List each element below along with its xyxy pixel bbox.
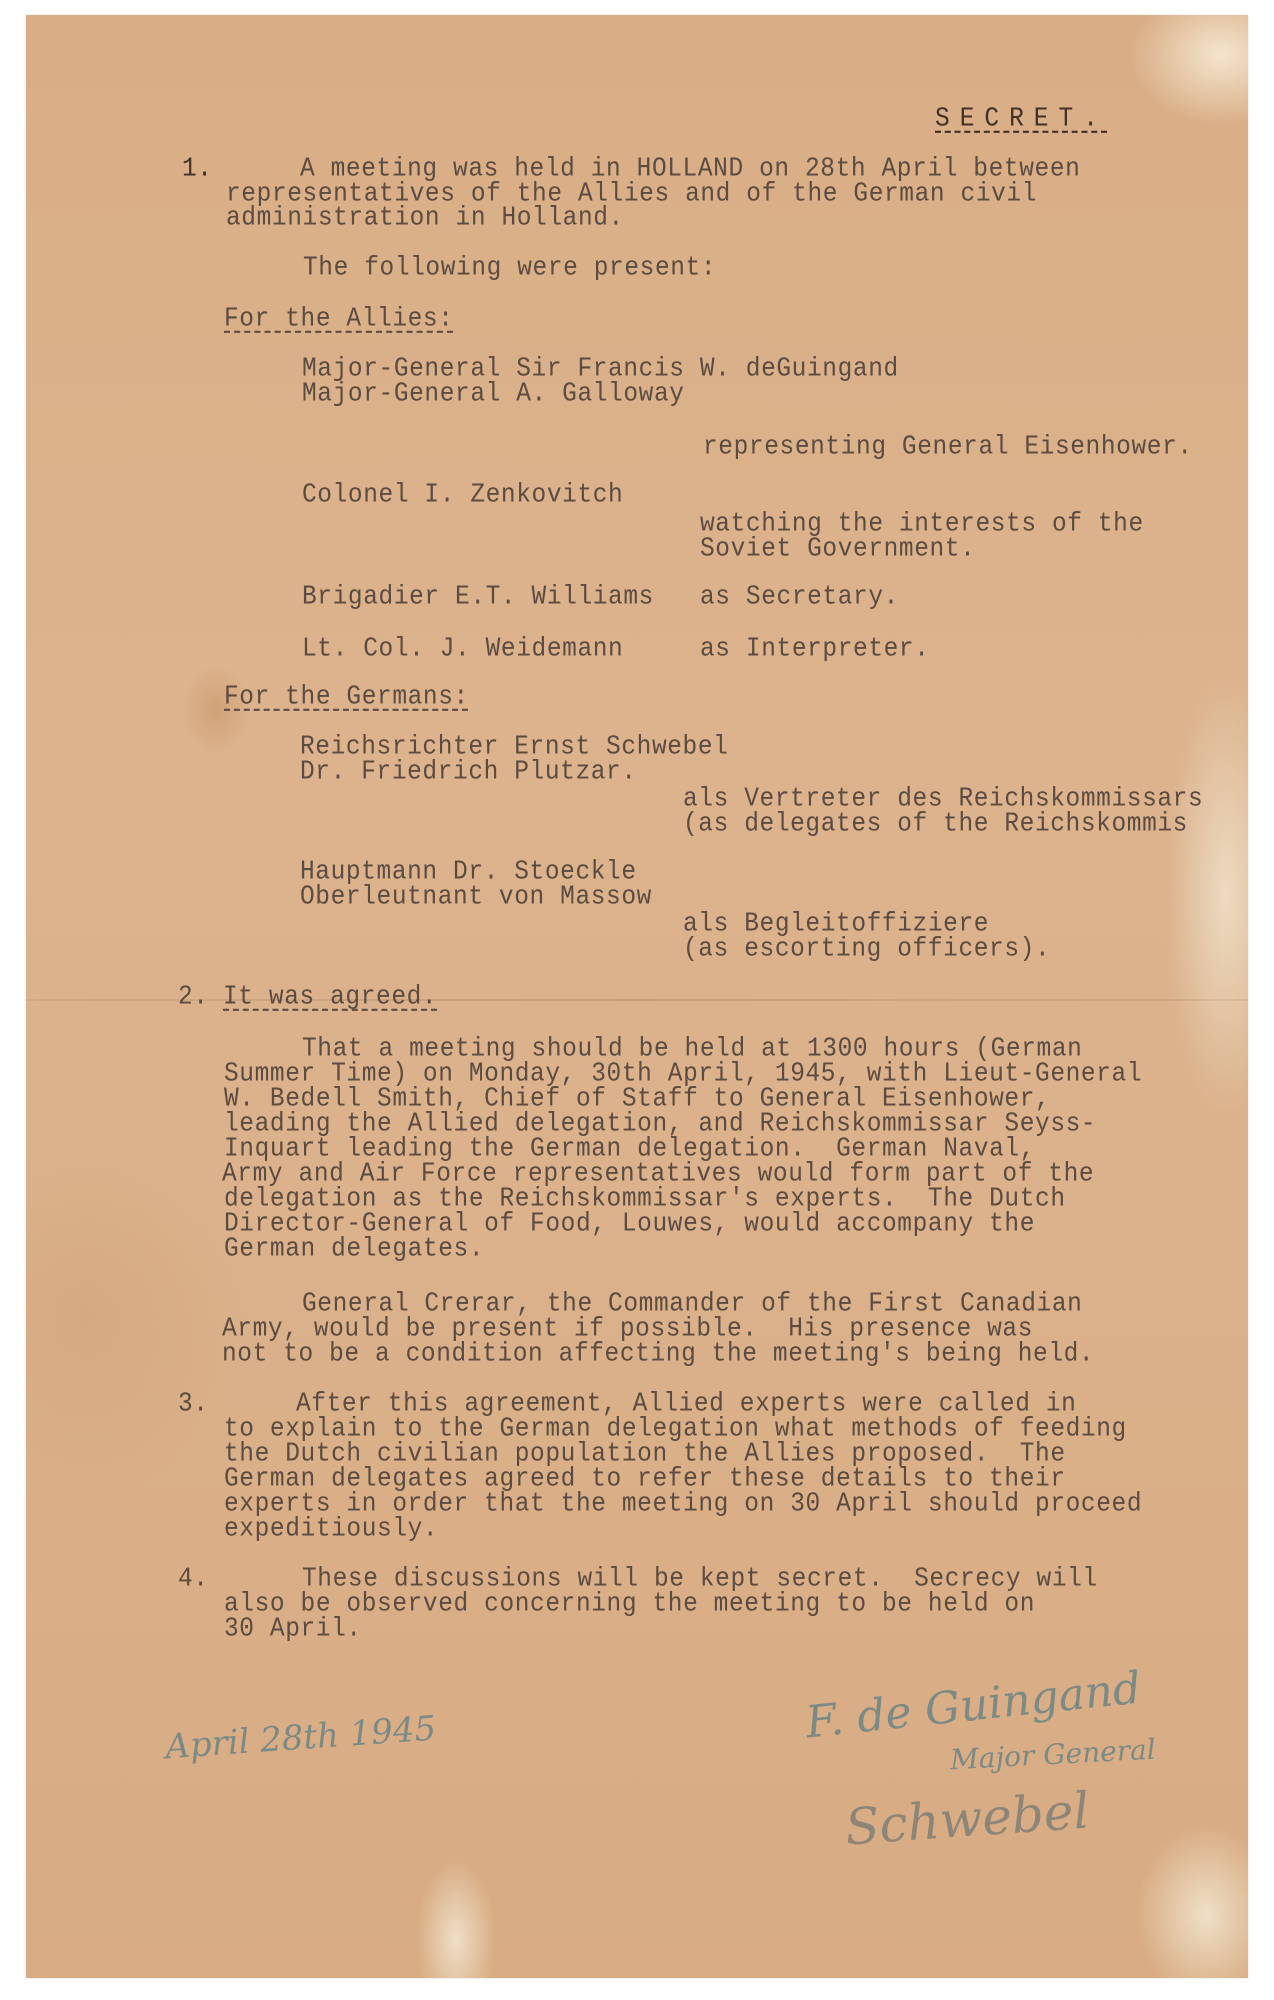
attendees-intro: The following were present: bbox=[303, 255, 716, 283]
attendee-role: as Secretary. bbox=[700, 584, 899, 612]
attendee-name: Colonel I. Zenkovitch bbox=[302, 482, 623, 510]
para-2-line: not to be a condition affecting the meet… bbox=[222, 1341, 1094, 1369]
attendee-name: Major-General A. Galloway bbox=[302, 381, 685, 409]
para-2-number: 2. bbox=[178, 984, 209, 1012]
para-3-number: 3. bbox=[178, 1391, 209, 1419]
para-1-number: 1. bbox=[182, 156, 213, 184]
attendee-name: Oberleutnant von Massow bbox=[300, 884, 652, 912]
attendee-name: Lt. Col. J. Weidemann bbox=[302, 636, 623, 664]
germans-heading: For the Germans: bbox=[224, 684, 469, 712]
allies-heading: For the Allies: bbox=[224, 306, 454, 334]
para-2-line: German delegates. bbox=[224, 1236, 484, 1264]
para-1-line: administration in Holland. bbox=[226, 205, 624, 233]
para-3-line: expeditiously. bbox=[224, 1516, 438, 1544]
attendee-role: Soviet Government. bbox=[700, 536, 975, 564]
para-4-number: 4. bbox=[178, 1566, 209, 1594]
attendee-name: Dr. Friedrich Plutzar. bbox=[300, 759, 637, 787]
fold-crease bbox=[26, 999, 1248, 1001]
attendee-role: representing General Eisenhower. bbox=[703, 434, 1193, 462]
para-4-line: 30 April. bbox=[224, 1616, 362, 1644]
attendee-name: Brigadier E.T. Williams bbox=[302, 584, 654, 612]
attendee-role: (as escorting officers). bbox=[683, 936, 1050, 964]
classification-label: SECRET. bbox=[935, 106, 1108, 134]
para-2-heading: It was agreed. bbox=[223, 984, 437, 1012]
attendee-role: (as delegates of the Reichskommis bbox=[683, 811, 1188, 839]
attendee-role: as Interpreter. bbox=[700, 636, 930, 664]
